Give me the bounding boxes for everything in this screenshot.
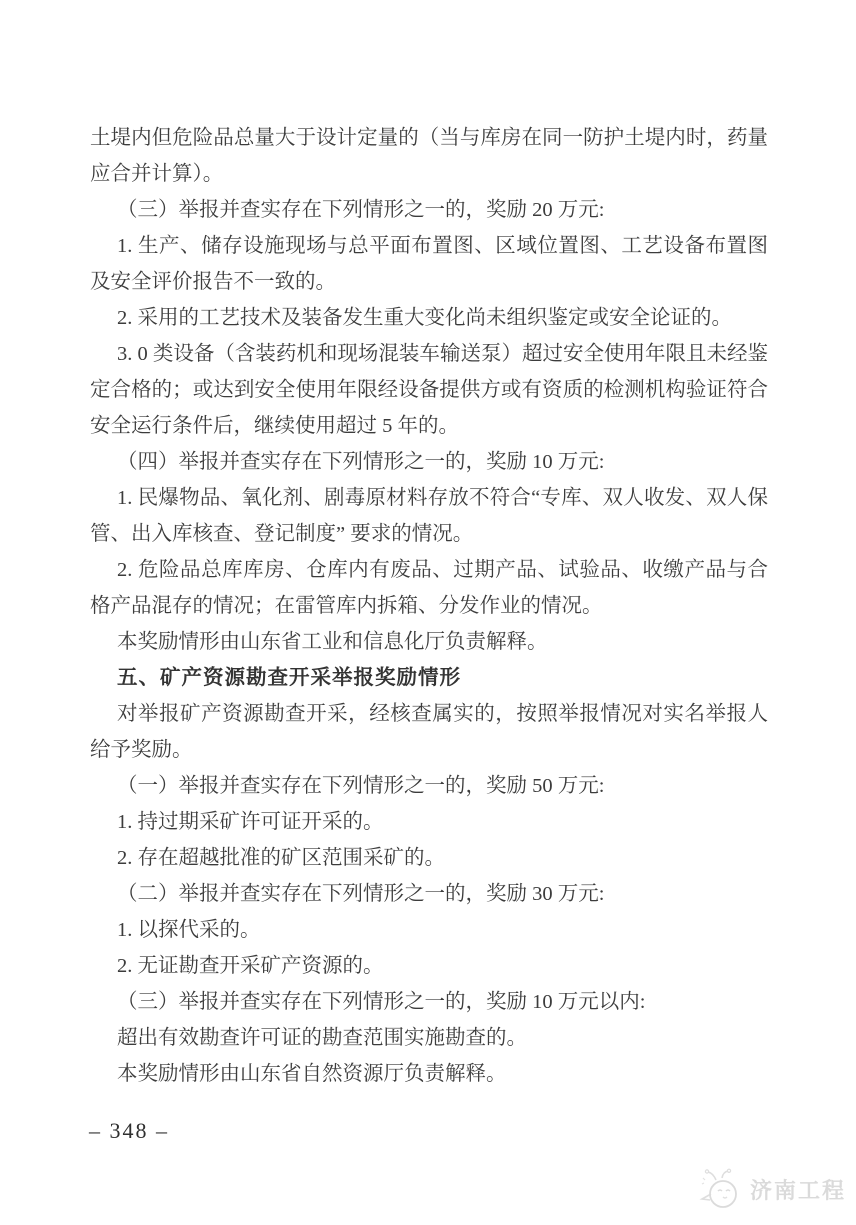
paragraph: （一）举报并查实存在下列情形之一的，奖励 50 万元: bbox=[90, 768, 768, 804]
paragraph: 2. 存在超越批准的矿区范围采矿的。 bbox=[90, 840, 768, 876]
paragraph: 2. 无证勘查开采矿产资源的。 bbox=[90, 948, 768, 984]
paragraph: 2. 采用的工艺技术及装备发生重大变化尚未组织鉴定或安全论证的。 bbox=[90, 300, 768, 336]
paragraph: （三）举报并查实存在下列情形之一的，奖励 20 万元: bbox=[90, 192, 768, 228]
mascot-bee-icon bbox=[699, 1168, 745, 1210]
paragraph: 1. 持过期采矿许可证开采的。 bbox=[90, 804, 768, 840]
page-number: – 348 – bbox=[89, 1118, 169, 1144]
paragraph: （二）举报并查实存在下列情形之一的，奖励 30 万元: bbox=[90, 876, 768, 912]
document-page: 土堤内但危险品总量大于设计定量的（当与库房在同一防护土堤内时，药量应合并计算）。… bbox=[0, 0, 856, 1225]
watermark-text: 济南工程 bbox=[750, 1174, 846, 1205]
paragraph: 土堤内但危险品总量大于设计定量的（当与库房在同一防护土堤内时，药量应合并计算）。 bbox=[90, 120, 768, 192]
paragraph: （三）举报并查实存在下列情形之一的，奖励 10 万元以内: bbox=[90, 984, 768, 1020]
paragraph: 1. 以探代采的。 bbox=[90, 912, 768, 948]
paragraph: 1. 生产、储存设施现场与总平面布置图、区域位置图、工艺设备布置图及安全评价报告… bbox=[90, 228, 768, 300]
paragraph: 2. 危险品总库库房、仓库内有废品、过期产品、试验品、收缴产品与合格产品混存的情… bbox=[90, 552, 768, 624]
paragraph: 对举报矿产资源勘查开采，经核查属实的，按照举报情况对实名举报人给予奖励。 bbox=[90, 696, 768, 768]
section-heading: 五、矿产资源勘查开采举报奖励情形 bbox=[90, 660, 768, 696]
paragraph: （四）举报并查实存在下列情形之一的，奖励 10 万元: bbox=[90, 444, 768, 480]
paragraph: 超出有效勘查许可证的勘查范围实施勘查的。 bbox=[90, 1020, 768, 1056]
watermark: 济南工程 bbox=[699, 1168, 846, 1210]
paragraph: 1. 民爆物品、氧化剂、剧毒原材料存放不符合“专库、双人收发、双人保管、出入库核… bbox=[90, 480, 768, 552]
paragraph: 3. 0 类设备（含装药机和现场混装车输送泵）超过安全使用年限且未经鉴定合格的；… bbox=[90, 336, 768, 444]
paragraph: 本奖励情形由山东省工业和信息化厅负责解释。 bbox=[90, 624, 768, 660]
document-body: 土堤内但危险品总量大于设计定量的（当与库房在同一防护土堤内时，药量应合并计算）。… bbox=[90, 120, 768, 1092]
paragraph: 本奖励情形由山东省自然资源厅负责解释。 bbox=[90, 1056, 768, 1092]
